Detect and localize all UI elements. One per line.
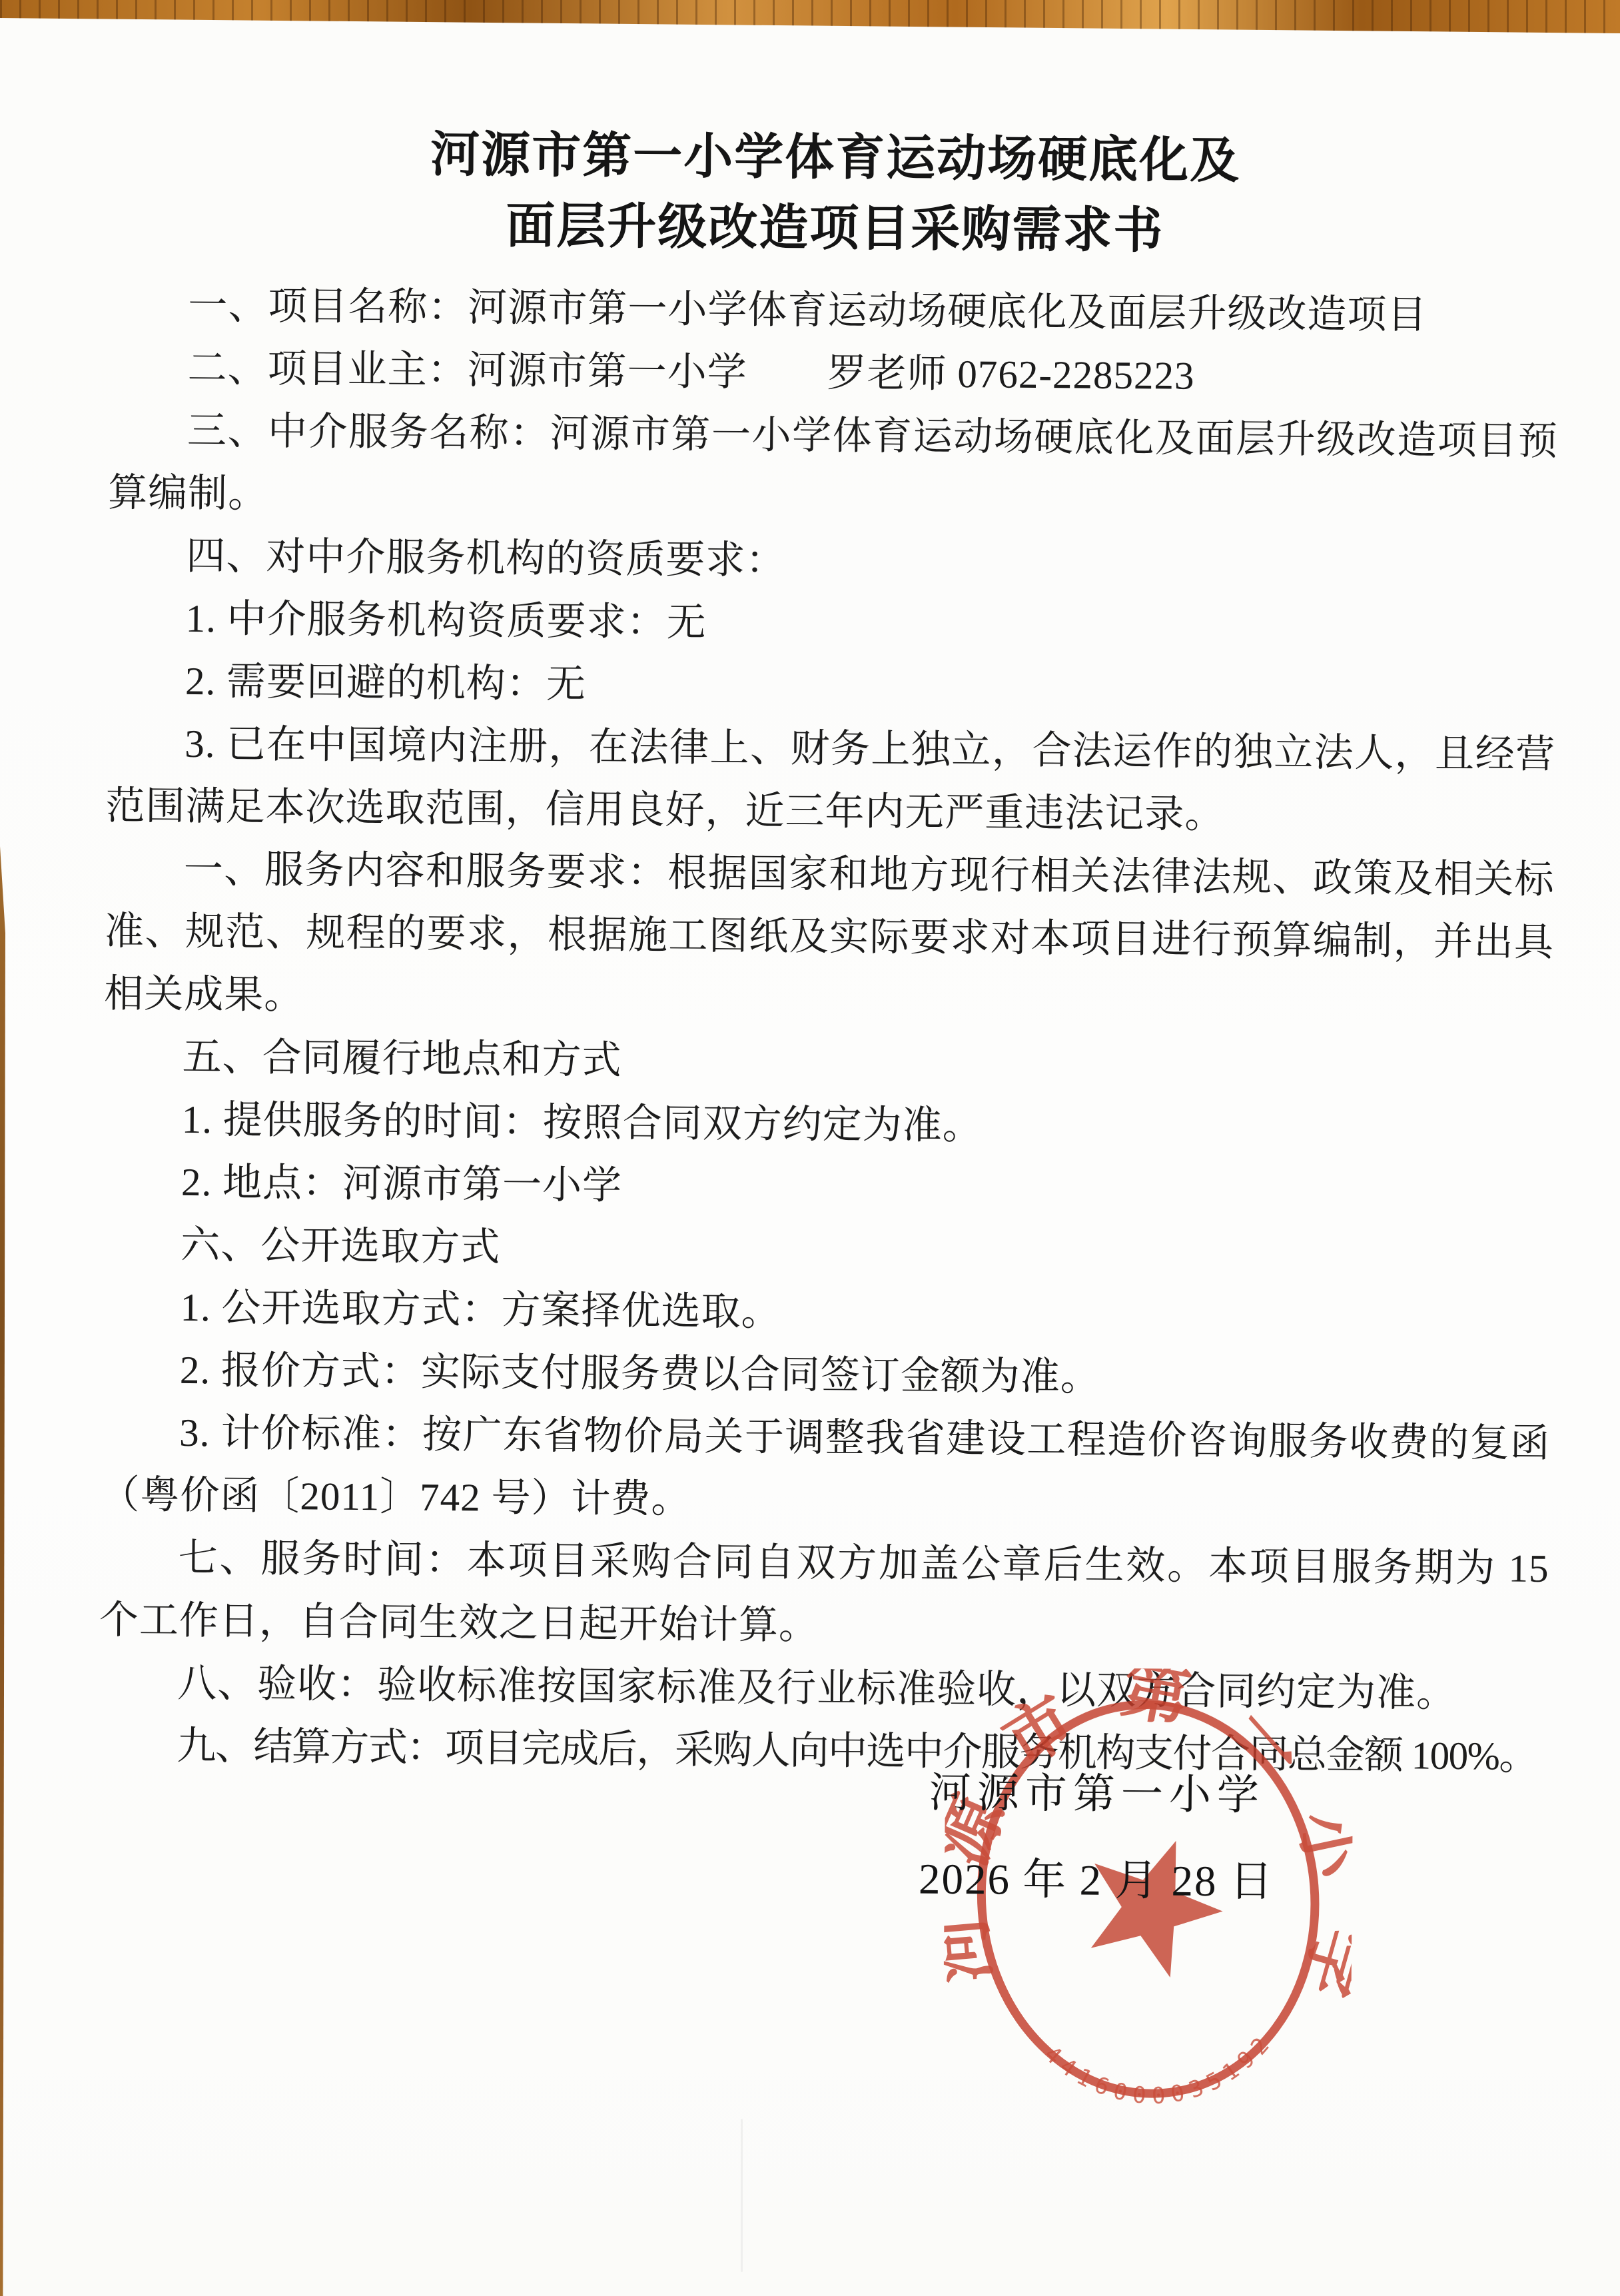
- para-qualification-requirement: 1. 中介服务机构资质要求：无: [107, 586, 1557, 660]
- signature-block: 河源市第一小学 2026 年 2 月 28 日: [863, 1758, 1331, 1909]
- para-pricing-standard: 3. 计价标准：按广东省物价局关于调整我省建设工程造价咨询服务收费的复函（粤价函…: [100, 1401, 1550, 1537]
- para-open-selection-header: 六、公开选取方式: [102, 1213, 1552, 1287]
- doc-title: 河源市第一小学体育运动场硬底化及 面层升级改造项目采购需求书: [110, 0, 1561, 270]
- signature-date: 2026 年 2 月 28 日: [863, 1843, 1330, 1909]
- para-location-item: 2. 地点：河源市第一小学: [103, 1150, 1553, 1224]
- para-quote-method: 2. 报价方式：实际支付服务费以合同签订金额为准。: [101, 1338, 1551, 1412]
- svg-text:4416000035192: 4416000035192: [1037, 2023, 1283, 2119]
- para-selection-method: 1. 公开选取方式：方案择优选取。: [101, 1275, 1551, 1349]
- doc-title-line2: 面层升级改造项目采购需求书: [506, 199, 1164, 259]
- signature-org: 河源市第一小学: [864, 1758, 1331, 1822]
- para-project-owner: 二、项目业主：河源市第一小学 罗老师 0762-2285223: [109, 336, 1559, 410]
- para-project-name: 一、项目名称：河源市第一小学体育运动场硬底化及面层升级改造项目: [109, 273, 1559, 347]
- scan-crease: [741, 2119, 743, 2272]
- para-service-period: 七、服务时间：本项目采购合同自双方加盖公章后生效。本项目服务期为 15 个工作日…: [99, 1526, 1549, 1662]
- doc-body: 一、项目名称：河源市第一小学体育运动场硬底化及面层升级改造项目 二、项目业主：河…: [98, 273, 1559, 1788]
- scanned-document-page: { "doc": { "title_lines": [ "河源市第一小学体育运动…: [0, 0, 1620, 2296]
- para-service-content: 一、服务内容和服务要求：根据国家和地方现行相关法律法规、政策及相关标准、规范、规…: [104, 837, 1555, 1036]
- doc-title-line1: 河源市第一小学体育运动场硬底化及: [430, 128, 1241, 189]
- document-content: 河源市第一小学体育运动场硬底化及 面层升级改造项目采购需求书 一、项目名称：河源…: [98, 0, 1561, 1788]
- para-service-time-item: 1. 提供服务的时间：按照合同双方约定为准。: [103, 1087, 1553, 1161]
- para-contract-location-header: 五、合同履行地点和方式: [103, 1025, 1553, 1099]
- para-qualification-header: 四、对中介服务机构的资质要求：: [107, 524, 1557, 598]
- para-agency-service-name: 三、中介服务名称：河源市第一小学体育运动场硬底化及面层升级改造项目预算编制。: [108, 398, 1558, 535]
- para-registration-requirement: 3. 已在中国境内注册，在法律上、财务上独立，合法运作的独立法人，且经营范围满足…: [105, 712, 1555, 848]
- para-avoidance-org: 2. 需要回避的机构：无: [107, 649, 1557, 723]
- seal-serial-text: 4416000035192: [1037, 2023, 1283, 2119]
